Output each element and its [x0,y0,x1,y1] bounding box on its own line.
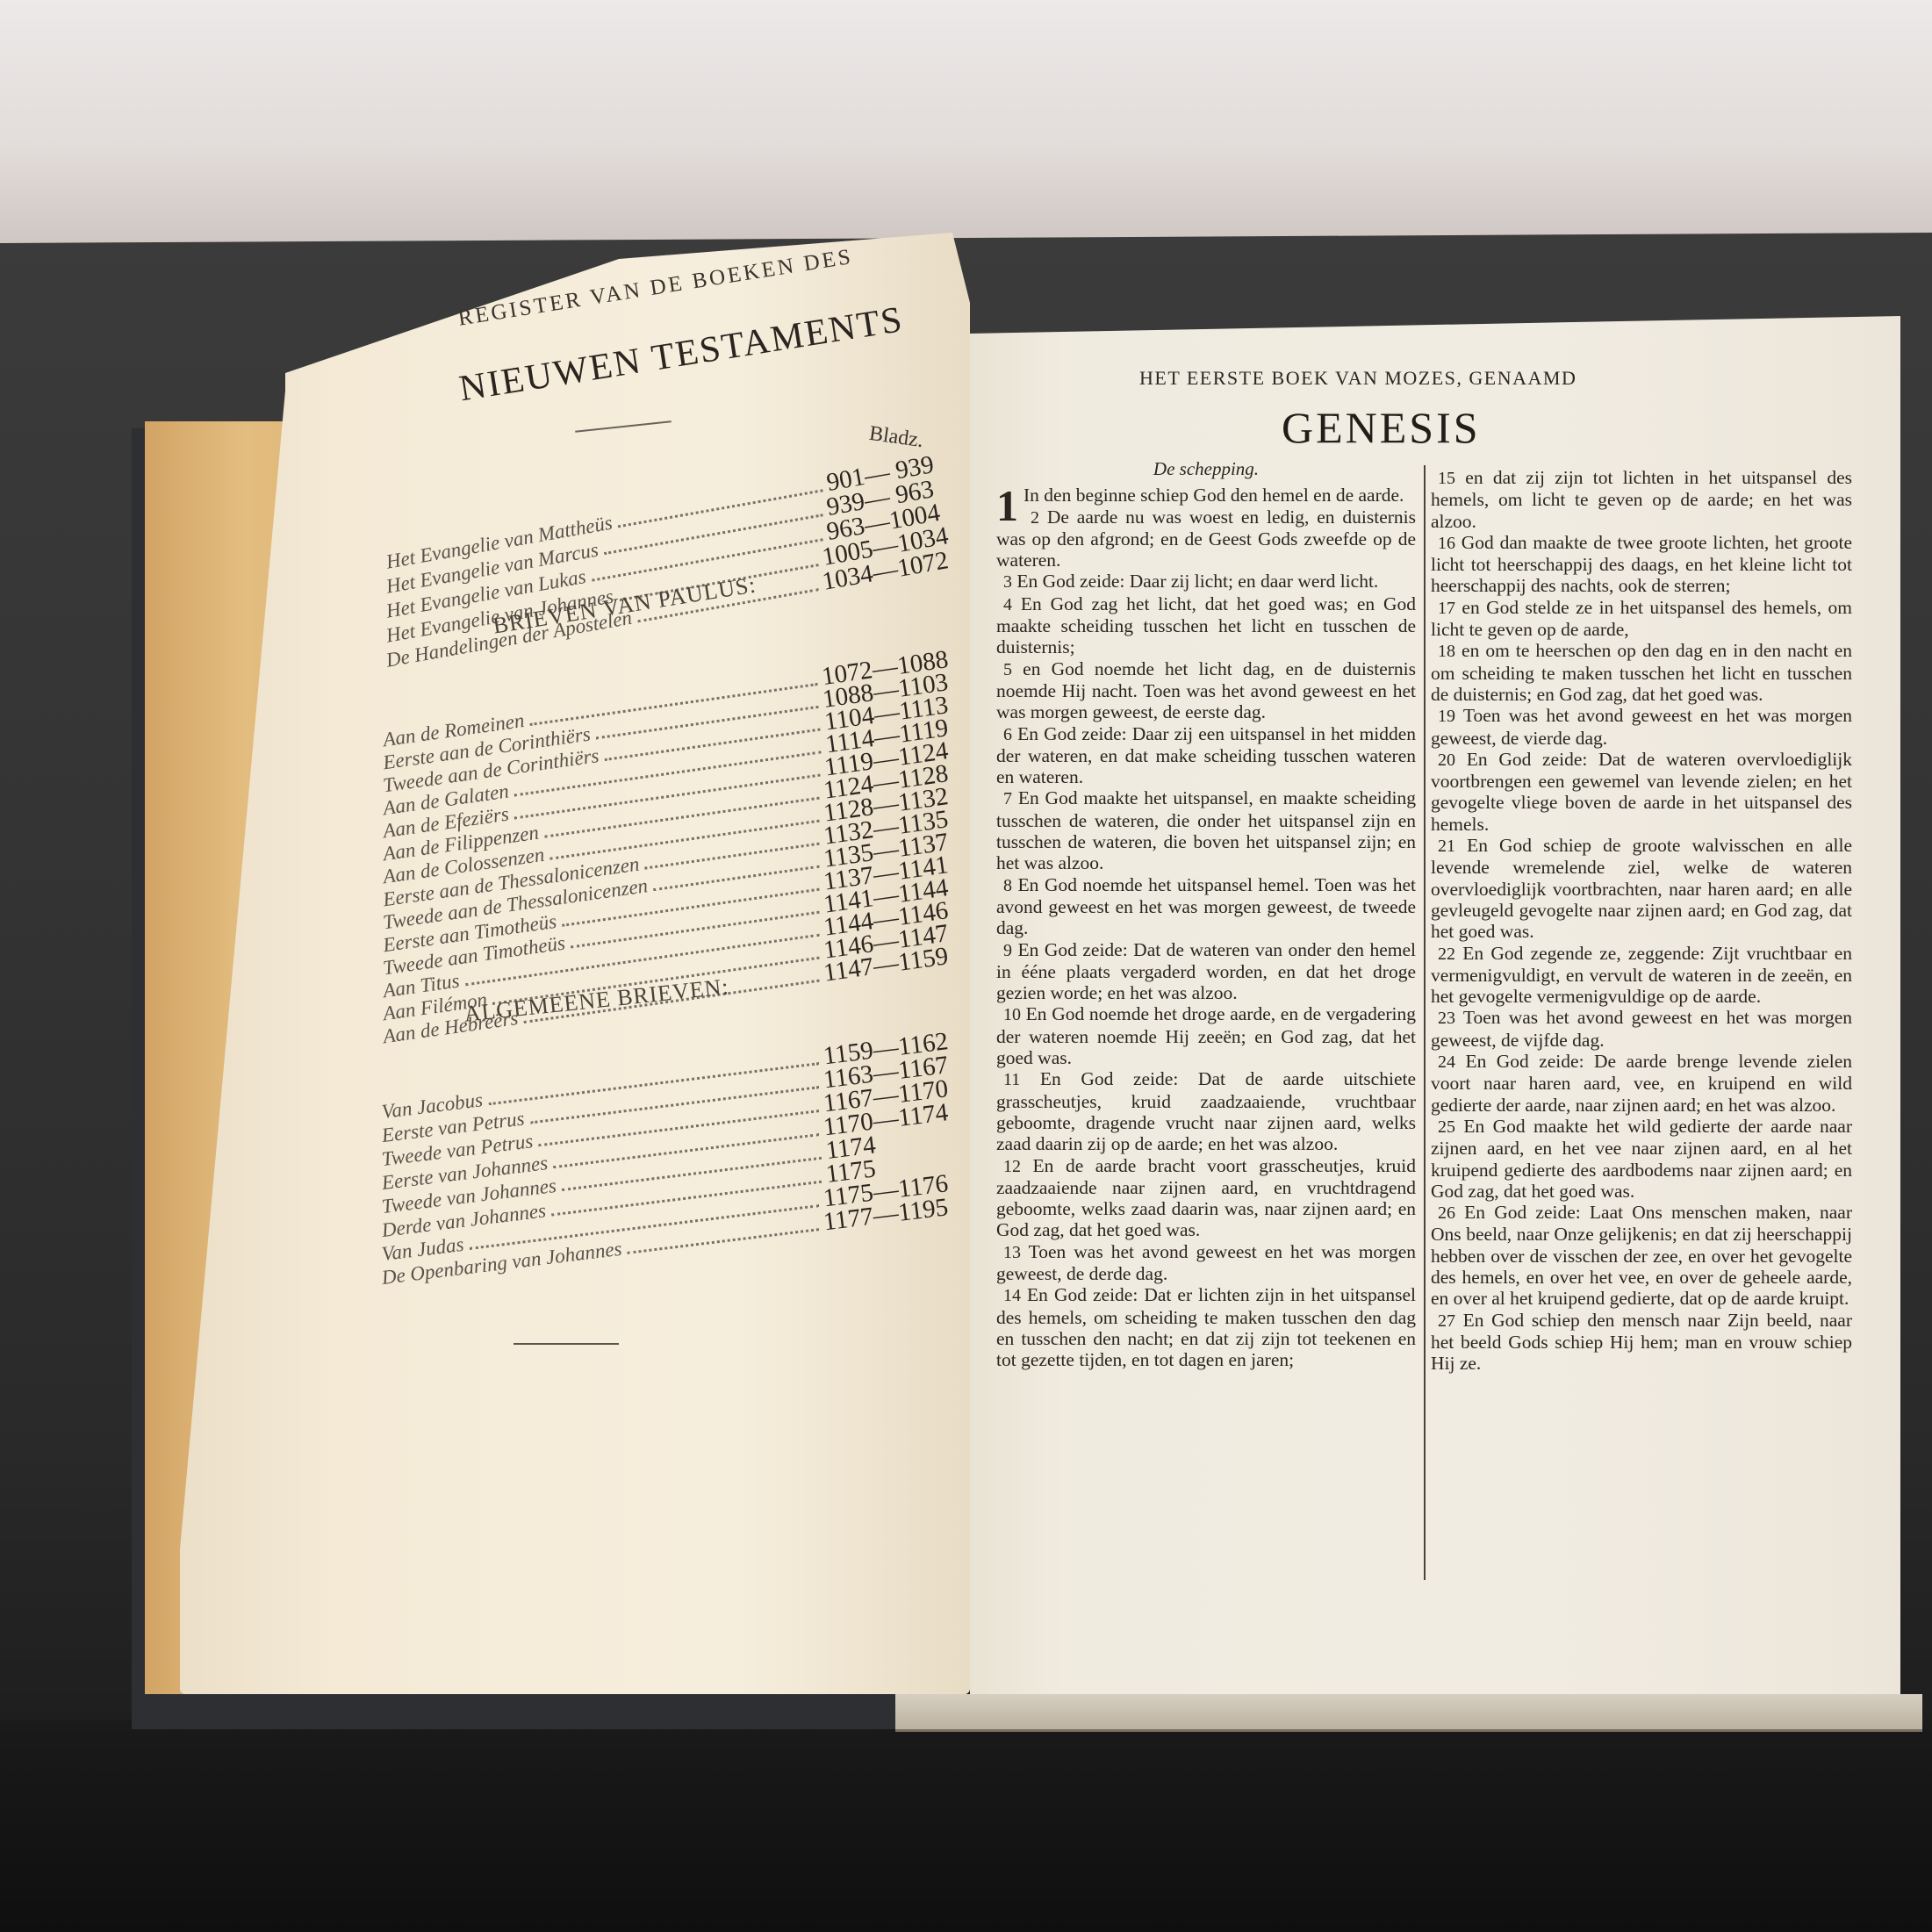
verse: 14 En God zeide: Dat er lichten zijn in … [996,1284,1416,1370]
verse: 26 En God zeide: Laat Ons menschen maken… [1431,1202,1852,1309]
verse: 20 En God zeide: Dat de wateren overvloe… [1431,749,1852,835]
verse: 5 en God noemde het licht dag, en de dui… [996,658,1416,723]
verse: 18 en om te heerschen op den dag en in d… [1431,640,1852,705]
column-divider [1424,465,1426,1580]
verse: 12 En de aarde bracht voort grasscheutje… [996,1155,1416,1241]
verse: 15 en dat zij zijn tot lichten in het ui… [1431,467,1852,532]
verse: 3 En God zeide: Daar zij licht; en daar … [996,571,1416,593]
verse: 17 en God stelde ze in het uitspansel de… [1431,597,1852,641]
chapter-number: 1 [996,488,1018,523]
verse: 19 Toen was het avond geweest en het was… [1431,705,1852,749]
closing-rule [514,1343,619,1345]
verse: 24 En God zeide: De aarde brenge levende… [1431,1051,1852,1116]
verse: 23 Toen was het avond geweest en het was… [1431,1007,1852,1051]
verse: 16 God dan maakte de twee groote lichten… [1431,532,1852,597]
verse: 8 En God noemde het uitspansel hemel. To… [996,874,1416,939]
section-subheading: De schepping. [996,458,1416,479]
book-header: HET EERSTE BOEK VAN MOZES, GENAAMD [1139,367,1576,390]
book-title: GENESIS [1282,402,1481,453]
text-column-left: De schepping. 1In den beginne schiep God… [996,458,1416,1370]
verse: 6 En God zeide: Daar zij een uitspansel … [996,723,1416,788]
background-wall [0,0,1932,246]
verse: 27 En God schiep den mensch naar Zijn be… [1431,1310,1852,1375]
verse: 1In den beginne schiep God den hemel en … [996,485,1416,506]
verse: 21 En God schiep de groote walvisschen e… [1431,835,1852,942]
verse: 22 En God zegende ze, zeggende: Zijt vru… [1431,943,1852,1008]
verse: 4 En God zag het licht, dat het goed was… [996,593,1416,658]
verse: 11 En God zeide: Dat de aarde uitschiete… [996,1068,1416,1154]
verse: 10 En God noemde het droge aarde, en de … [996,1003,1416,1068]
verse: 2 De aarde nu was woest en ledig, en dui… [996,506,1416,571]
verse: 13 Toen was het avond geweest en het was… [996,1241,1416,1285]
book-cover-bottom [0,1720,1932,1932]
verse: 25 En God maakte het wild gedierte der a… [1431,1116,1852,1202]
verse: 7 En God maakte het uitspansel, en maakt… [996,787,1416,873]
verse: 9 En God zeide: Dat de wateren van onder… [996,939,1416,1004]
marbled-page-edge [895,1694,1922,1732]
text-column-right: 15 en dat zij zijn tot lichten in het ui… [1431,467,1852,1374]
